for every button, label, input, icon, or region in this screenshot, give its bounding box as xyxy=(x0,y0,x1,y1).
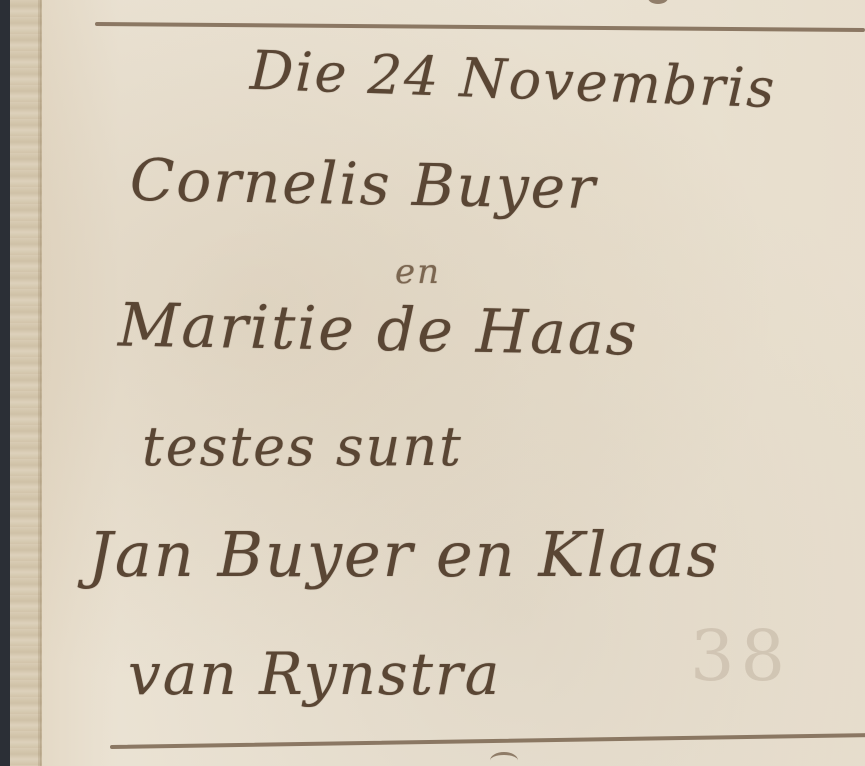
entry-separator-bottom xyxy=(110,733,865,749)
conjunction-en: en xyxy=(395,252,441,292)
witnesses-names-line-1: Jan Buyer en Klaas xyxy=(88,518,720,591)
witnesses-label: testes sunt xyxy=(142,415,463,478)
manuscript-page: Die 24 Novembris Cornelis Buyer en Marit… xyxy=(0,0,865,766)
entry-separator-top xyxy=(95,22,865,32)
entry-date: Die 24 Novembris xyxy=(249,39,777,120)
bride-name: Maritie de Haas xyxy=(117,290,639,369)
next-entry-ink-fragment xyxy=(490,752,518,766)
binding-fold-line xyxy=(38,0,41,766)
ink-bleed-through: 38 xyxy=(690,615,791,697)
groom-name: Cornelis Buyer xyxy=(129,146,597,222)
witnesses-names-line-2: van Rynstra xyxy=(128,640,501,708)
previous-entry-ink-fragment xyxy=(648,0,668,4)
